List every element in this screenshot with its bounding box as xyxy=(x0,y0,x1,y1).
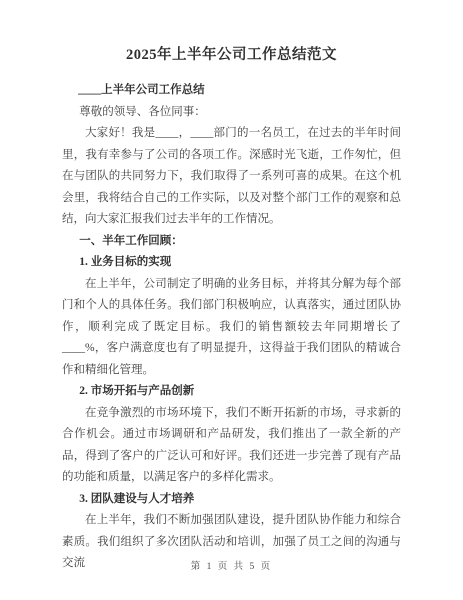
intro-paragraph: 大家好！我是____，____部门的一名员工，在过去的半年时间里，我有幸参与了公… xyxy=(62,123,401,231)
subsection-1-paragraph: 在上半年，公司制定了明确的业务目标，并将其分解为每个部门和个人的具体任务。我们部… xyxy=(62,274,401,382)
review-section-heading: 一、半年工作回顾： xyxy=(62,231,401,253)
page-number-footer: 第 1 页 共 5 页 xyxy=(0,558,463,572)
document-subtitle: ____上半年公司工作总结 xyxy=(62,80,401,102)
document-body: ____上半年公司工作总结 尊敬的领导、各位同事： 大家好！我是____，___… xyxy=(62,80,401,575)
salutation-line: 尊敬的领导、各位同事： xyxy=(62,102,401,124)
document-title: 2025年上半年公司工作总结范文 xyxy=(62,44,401,66)
subsection-1-heading: 1. 业务目标的实现 xyxy=(62,252,401,274)
document-page: 2025年上半年公司工作总结范文 ____上半年公司工作总结 尊敬的领导、各位同… xyxy=(0,0,463,600)
subsection-3-heading: 3. 团队建设与人才培养 xyxy=(62,489,401,511)
subsection-2-heading: 2. 市场开拓与产品创新 xyxy=(62,381,401,403)
subsection-2-paragraph: 在竞争激烈的市场环境下，我们不断开拓新的市场，寻求新的合作机会。通过市场调研和产… xyxy=(62,403,401,489)
